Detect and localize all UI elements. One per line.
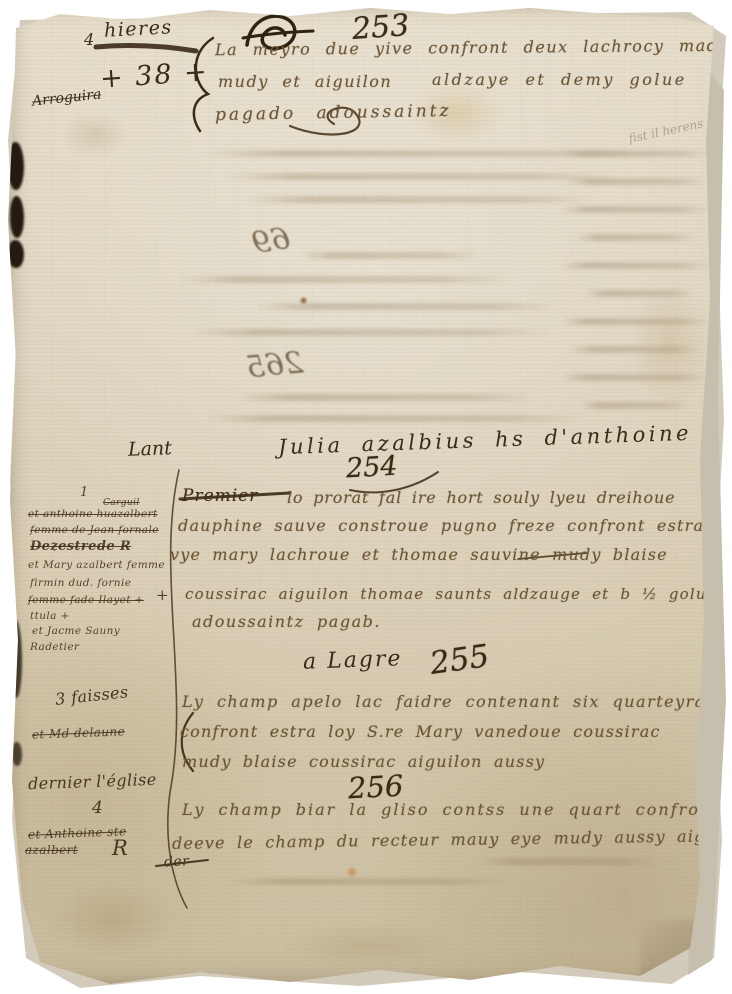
bleedthrough-line [225, 173, 615, 180]
entry-253-line-3: pagado adoussaintz [215, 101, 452, 125]
entry-255-line-3: mudy blaise coussirac aiguilon aussy [182, 752, 545, 771]
bleedthrough-line [575, 234, 695, 241]
entry-254-line-4: coussirac aiguilon thomae saunts aldzaug… [185, 585, 717, 603]
margin-note: azalbert [25, 843, 78, 857]
margin-note: femme de Jean fornale [30, 524, 159, 536]
stain [60, 112, 130, 158]
margin-figure-4: 4 [92, 798, 103, 818]
top-margin-sum: + 38 + [99, 56, 210, 95]
bleedthrough-line [580, 402, 690, 409]
binding-ink-blob [10, 620, 22, 698]
bleedthrough-line [180, 276, 510, 283]
bleedthrough-line [205, 415, 585, 422]
margin-note: et Jacme Sauny [32, 625, 120, 637]
margin-note: firmin dud. fornie [30, 577, 131, 589]
bleedthrough-line [480, 858, 660, 865]
entry-253-line-2b: aldzaye et demy golue [432, 70, 687, 89]
top-margin-name: Arroguira [31, 86, 102, 109]
binding-ink-blob [10, 196, 24, 238]
entry-254-line-1-struck-word: Premier [182, 486, 258, 506]
bleedthrough-line [300, 252, 480, 259]
bleedthrough-line [560, 150, 710, 157]
bleedthrough-line [560, 318, 710, 325]
entry-256-line-2: deeve le champ du recteur mauy eye mudy … [172, 826, 730, 853]
bleedthrough-line [560, 262, 710, 269]
stain [630, 280, 710, 410]
parcel-number-254: 254 [345, 451, 398, 485]
binding-ink-blob [8, 240, 24, 268]
strike-stroke-hieres [96, 46, 196, 51]
bleedthrough-line [190, 329, 550, 336]
entry-254-line-5: adoussaintz pagab. [192, 612, 381, 631]
bleedthrough-line [560, 374, 710, 381]
scribble-paraph-cross [243, 31, 313, 38]
paper-sheet: 69 265 fist il herens 4 hieres + 38 + Ar… [0, 0, 732, 994]
margin-heading-eglise: dernier l'église [28, 770, 157, 793]
entry-254-line-3: vye mary lachroue et thomae sauvine mudy… [170, 545, 668, 564]
entry-254-heading: Julia azalbius hs d'anthoine [278, 421, 693, 459]
margin-note: et anthoine huazalbert [28, 508, 158, 520]
stain [280, 922, 460, 970]
margin-note-der: der [164, 853, 190, 870]
margin-note: ttula + [30, 610, 70, 622]
bleedthrough-line [560, 206, 710, 213]
bleedthrough-line [235, 394, 535, 401]
entry-253-line-2a: mudy et aiguilon [218, 72, 392, 91]
margin-paraph-r: R [112, 836, 128, 860]
place-note-lant: Lant [128, 437, 173, 461]
manuscript-scan: 69 265 fist il herens 4 hieres + 38 + Ar… [0, 0, 732, 994]
margin-cross: + [156, 586, 169, 604]
margin-note-faisses: 3 faisses [54, 682, 129, 709]
faint-note: fist il herens [627, 116, 704, 145]
bleedthrough-number-upper: 69 [249, 221, 292, 262]
bleedthrough-line [570, 346, 700, 353]
bleedthrough-line [245, 196, 595, 203]
bleedthrough-number-lower: 265 [245, 346, 305, 386]
margin-note: Carguil [103, 498, 140, 508]
margin-note: 1 [80, 485, 89, 500]
entry-256-line-1: Ly champ biar la gliso contss une quart … [182, 800, 721, 819]
margin-note-delaune: et Md delaune [32, 724, 125, 741]
entry-255-heading: a Lagre [303, 646, 403, 674]
entry-254-line-1: lo prorat fal ire hort souly lyeu dreiho… [287, 488, 675, 507]
margin-note: femme fade Ilayet + [28, 594, 144, 606]
entry-253-line-1: La meyro due yive confront deux lachrocy… [215, 36, 729, 59]
margin-note: Radetier [30, 641, 79, 653]
bleedthrough-line [230, 878, 510, 885]
bleedthrough-line [255, 303, 555, 310]
top-margin-figure: 4 [84, 30, 94, 49]
bleedthrough-line [565, 178, 705, 185]
binding-ink-blob [12, 742, 22, 766]
parcel-number-255: 255 [428, 638, 492, 682]
bleedthrough-line [585, 290, 695, 297]
margin-note: et Mary azalbert femme [28, 559, 165, 571]
stain-dot [346, 866, 358, 878]
entry-254-line-2: dauphine sauve constroue pugno freze con… [178, 516, 704, 535]
entry-255-line-2: confront estra loy S.re Mary vanedoue co… [180, 722, 661, 741]
top-margin-word: hieres [103, 16, 173, 42]
entry-255-line-1: Ly champ apelo lac faidre contenant six … [182, 692, 729, 711]
stain [48, 880, 178, 958]
margin-note: Dezestrede R [30, 539, 131, 554]
